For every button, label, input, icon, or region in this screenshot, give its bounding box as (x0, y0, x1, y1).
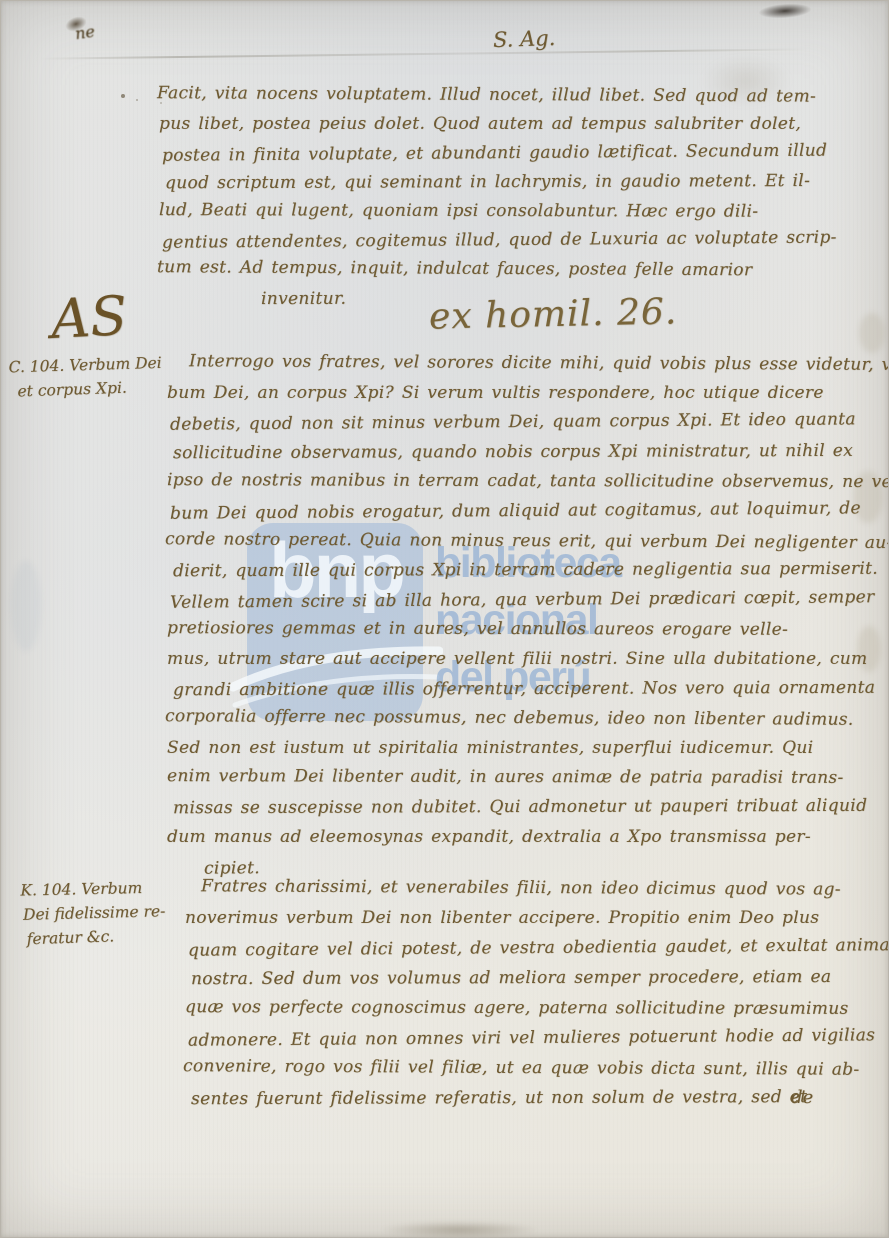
manuscript-line: Facit, vita nocens voluptatem. Illud noc… (157, 79, 865, 112)
manuscript-line: dum manus ad eleemosynas expandit, dextr… (167, 823, 867, 853)
manuscript-line: Interrogo vos fratres, vel sorores dicit… (189, 347, 865, 380)
ink-smear (759, 2, 812, 20)
manuscript-line: lud, Beati qui lugent, quoniam ipsi cons… (159, 196, 867, 227)
paragraph-1: Facit, vita nocens voluptatem. Illud noc… (159, 81, 867, 313)
manuscript-line: missas se suscepisse non dubitet. Qui ad… (173, 792, 873, 824)
manuscript-line: pus libet, postea peius dolet. Quod aute… (159, 110, 867, 139)
manuscript-line: Sed non est iustum ut spiritalia ministr… (167, 734, 867, 764)
manuscript-line: mus, utrum stare aut accipere vellent fi… (167, 645, 867, 675)
manuscript-line: C. 104. Verbum Dei (8, 351, 162, 380)
manuscript-line: convenire, rogo vos filii vel filiæ, ut … (183, 1051, 873, 1085)
manuscript-line: ipso de nostris manibus in terram cadat,… (167, 466, 867, 497)
manuscript-line: gentius attendentes, cogitemus illud, qu… (162, 223, 870, 258)
paper-smudge (379, 1221, 539, 1238)
manuscript-line: Vellem tamen scire si ab illa hora, qua … (170, 583, 870, 618)
manuscript-line: tum est. Ad tempus, inquit, indulcat fau… (157, 253, 865, 286)
catchword: de (791, 1087, 813, 1108)
section-heading: ex homil. 26. (429, 291, 678, 337)
paper-stain (859, 313, 885, 353)
ink-dots (121, 94, 125, 98)
manuscript-line: sentes fuerunt fidelissime referatis, ut… (191, 1082, 881, 1114)
manuscript-line: nostra. Sed dum vos volumus ad meliora s… (191, 962, 881, 994)
manuscript-line: admonere. Et quia non omnes viri vel mul… (188, 1020, 878, 1055)
manuscript-line: enim verbum Dei libenter audit, in aures… (167, 762, 867, 793)
manuscript-line: quod scriptum est, qui seminant in lachr… (165, 167, 873, 198)
manuscript-line: grandi ambitione quæ illis offerrentur, … (173, 673, 873, 705)
paper-stain (11, 561, 41, 651)
paragraph-2: Interrogo vos fratres, vel sorores dicit… (167, 349, 867, 882)
manuscript-line: dierit, quam ille qui corpus Xpi in terr… (173, 555, 873, 587)
margin-note-1: C. 104. Verbum Deiet corpus Xpi. (10, 350, 165, 403)
manuscript-line: noverimus verbum Dei non libenter accipe… (185, 903, 875, 933)
manuscript-line: bum Dei, an corpus Xpi? Si verum vultis … (167, 379, 867, 409)
manuscript-line: corde nostro pereat. Quia non minus reus… (165, 525, 865, 558)
manuscript-line: corporalia offerre nec possumus, nec deb… (165, 702, 865, 735)
manuscript-line: et corpus Xpi. (17, 374, 165, 403)
manuscript-line: pretiosiores gemmas et in aures, vel ann… (167, 614, 867, 645)
paragraph-3: Fratres charissimi, et venerabiles filii… (185, 873, 875, 1113)
paper-crease (39, 48, 809, 59)
manuscript-line: postea in finita voluptate, et abundanti… (162, 136, 870, 171)
manuscript-line: bum Dei quod nobis erogatur, dum aliquid… (170, 494, 870, 529)
manuscript-line: debetis, quod non sit minus verbum Dei, … (170, 405, 870, 440)
manuscript-line: feratur &c. (26, 922, 169, 951)
manuscript-line: quæ vos perfecte cognoscimus agere, pate… (185, 992, 875, 1024)
manuscript-page: bnp bibliotecanacionaldel perú ne S. Ag.… (0, 0, 889, 1238)
manuscript-line: Fratres charissimi, et venerabiles filii… (201, 871, 873, 905)
corner-ink-mark: ne (74, 22, 96, 44)
margin-monogram: AS (50, 289, 129, 347)
manuscript-line: quam cogitare vel dici potest, de vestra… (188, 930, 878, 965)
margin-note-2: K. 104. VerbumDei fidelissime re-feratur… (22, 875, 166, 951)
manuscript-line: K. 104. Verbum (20, 876, 163, 903)
running-header: S. Ag. (493, 26, 556, 52)
manuscript-line: sollicitudine observamus, quando nobis c… (173, 437, 873, 469)
